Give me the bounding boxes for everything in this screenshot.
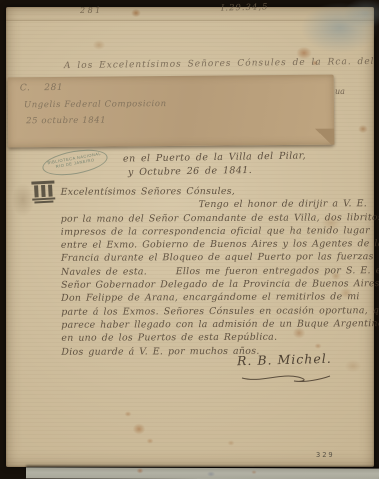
dateline-date: y Octubre 26 de 1841. (128, 165, 252, 178)
slip-folded-corner (312, 129, 334, 145)
hidden-line-fragment: ua (335, 87, 345, 96)
next-page-edge (26, 467, 379, 479)
signature-flourish (240, 368, 332, 387)
slip-number: C. 281 (20, 83, 64, 93)
slip-note: Ungelis Federal Composicion (24, 99, 167, 110)
archival-slip: C. 281 Ungelis Federal Composicion 25 oc… (8, 75, 335, 148)
slip-date: 25 octubre 1841 (26, 116, 106, 127)
next-page-marks (26, 467, 379, 479)
folio-number: 329 (316, 451, 335, 459)
catalog-number: I.29.34,5 (221, 2, 269, 13)
letter-line: parece haber llegado con la admisión de … (61, 317, 369, 332)
letter-line: Don Felippe de Arana, encargándome el re… (61, 291, 369, 306)
pencil-number: 281 (80, 6, 103, 15)
library-columns-stamp-icon (30, 179, 57, 208)
signature: R. B. Michel. (237, 351, 332, 368)
manuscript-scan: 281 I.29.34,5 A los Excelentísimos Señor… (0, 0, 379, 479)
letter-body: Excelentísimos Señores Cónsules, Tengo e… (61, 184, 370, 358)
letter-line: Francia durante el Bloqueo de aquel Puer… (61, 251, 369, 266)
letter-line: Tengo el honor de dirijir a V. E. (61, 197, 369, 212)
